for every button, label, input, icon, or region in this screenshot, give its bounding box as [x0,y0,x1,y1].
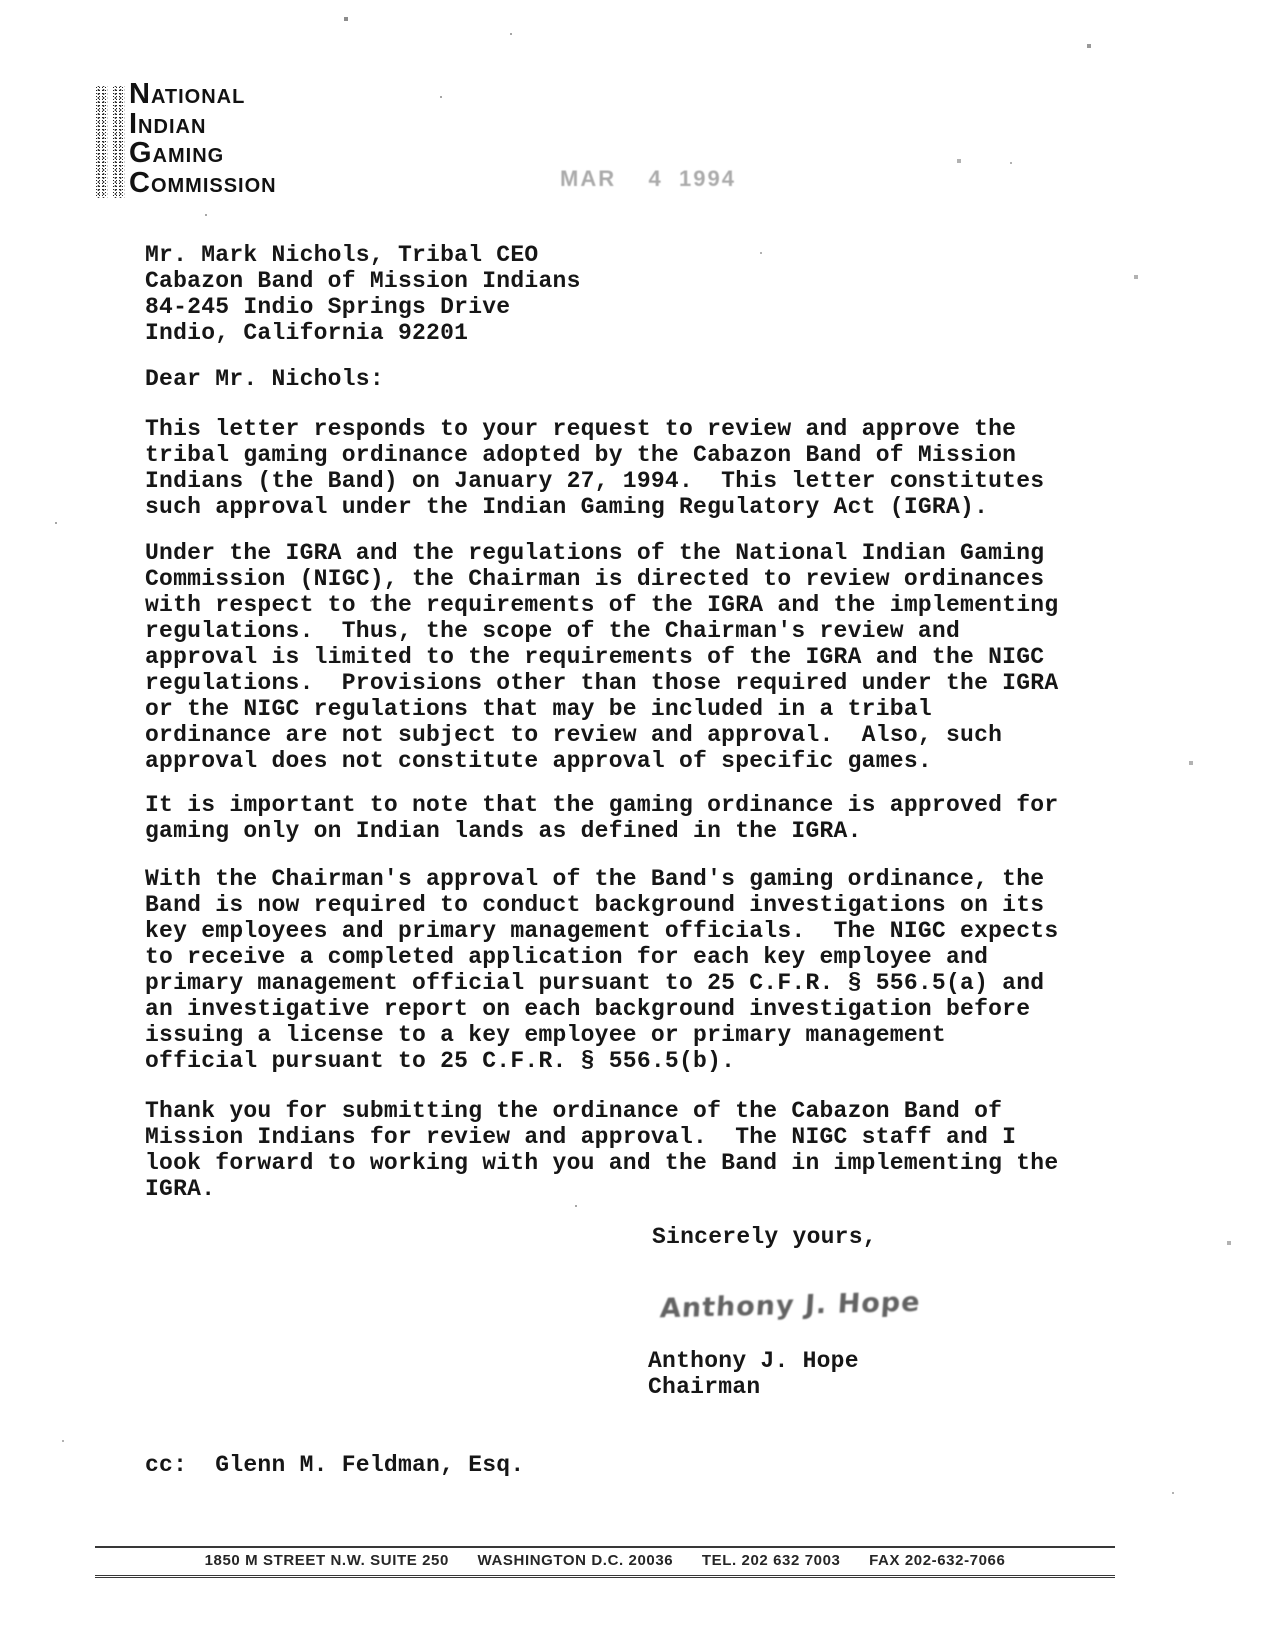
letterhead-org-name: National Indian Gaming Commission [129,80,277,198]
body-paragraph-1: This letter responds to your request to … [145,416,1044,520]
nigc-logo-icon [95,86,125,198]
logo-bar-right [112,86,125,198]
body-paragraph-5: Thank you for submitting the ordinance o… [145,1098,1058,1202]
received-date-stamp: MAR 4 1994 [560,166,736,192]
body-paragraph-2: Under the IGRA and the regulations of th… [145,540,1058,774]
footer-rule: 1850 M STREET N.W. SUITE 250 WASHINGTON … [95,1546,1115,1578]
body-paragraph-3: It is important to note that the gaming … [145,792,1058,844]
body-paragraph-4: With the Chairman's approval of the Band… [145,866,1058,1074]
signature-stamp: Anthony J. Hope [659,1287,921,1325]
signer-title: Chairman [648,1374,760,1400]
logo-bar-left [95,86,108,198]
signer-name: Anthony J. Hope [648,1348,859,1374]
letter-page: National Indian Gaming Commission MAR 4 … [0,0,1275,1650]
scan-specks [0,0,2,2]
salutation: Dear Mr. Nichols: [145,366,384,392]
cc-line: cc: Glenn M. Feldman, Esq. [145,1452,524,1478]
recipient-address: Mr. Mark Nichols, Tribal CEO Cabazon Ban… [145,242,581,346]
valediction: Sincerely yours, [652,1224,877,1250]
footer-address: 1850 M STREET N.W. SUITE 250 WASHINGTON … [205,1552,1006,1569]
